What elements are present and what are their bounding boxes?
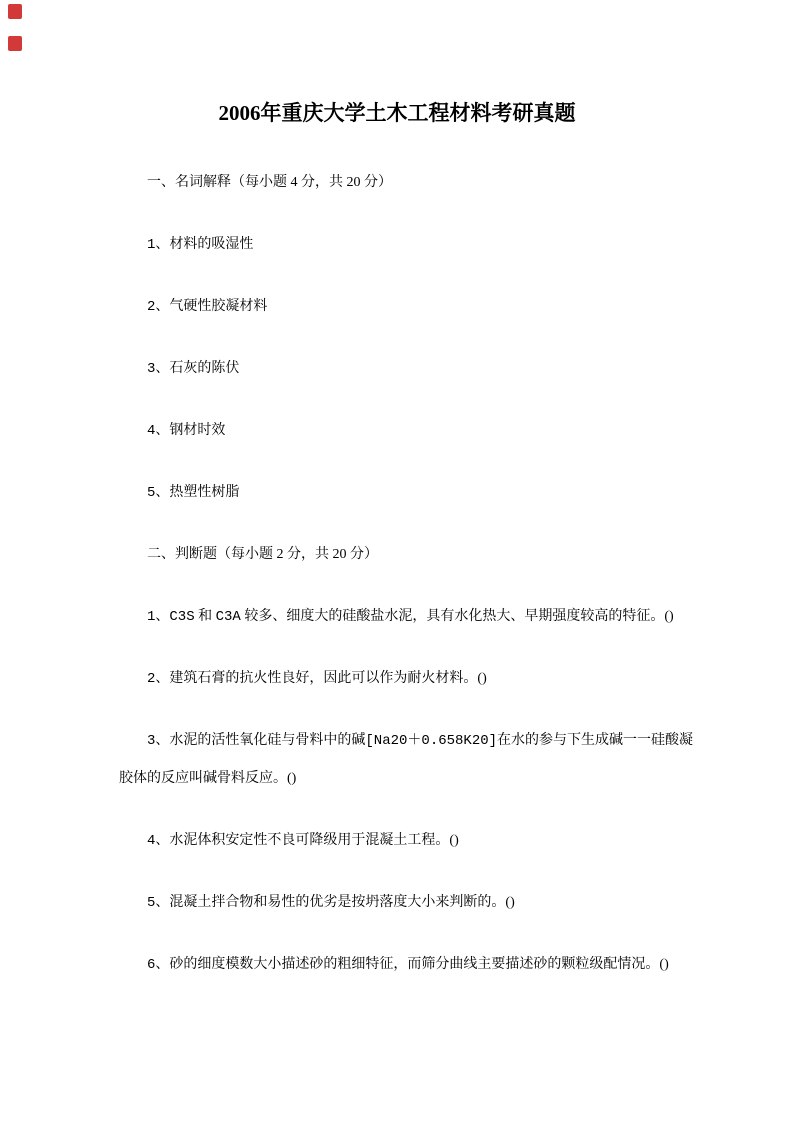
document-content: 2006年重庆大学土木工程材料考研真题 一、名词解释（每小题 4 分，共 20 … bbox=[0, 0, 794, 984]
document-page: 2006年重庆大学土木工程材料考研真题 一、名词解释（每小题 4 分，共 20 … bbox=[0, 0, 794, 1123]
term-item-2: 2、气硬性胶凝材料 bbox=[119, 288, 675, 326]
judge-question-5: 5、混凝土拌合物和易性的优劣是按坍落度大小来判断的。() bbox=[119, 884, 675, 922]
red-placeholder-mark-1 bbox=[8, 4, 22, 19]
judge-question-3-line-2: 胶体的反应叫碱骨料反应。() bbox=[119, 760, 675, 798]
exam-title: 2006年重庆大学土木工程材料考研真题 bbox=[119, 99, 675, 127]
judge-question-3-line-1: 3、水泥的活性氧化硅与骨料中的碱[Na20＋0.658K20]在水的参与下生成碱… bbox=[119, 722, 675, 760]
term-item-3: 3、石灰的陈伏 bbox=[119, 350, 675, 388]
section2-heading: 二、判断题（每小题 2 分，共 20 分） bbox=[119, 536, 675, 574]
judge-question-2: 2、建筑石膏的抗火性良好，因此可以作为耐火材料。() bbox=[119, 660, 675, 698]
term-item-5: 5、热塑性树脂 bbox=[119, 474, 675, 512]
judge-question-4: 4、水泥体积安定性不良可降级用于混凝土工程。() bbox=[119, 822, 675, 860]
judge-question-3: 3、水泥的活性氧化硅与骨料中的碱[Na20＋0.658K20]在水的参与下生成碱… bbox=[119, 722, 675, 798]
term-item-4: 4、钢材时效 bbox=[119, 412, 675, 450]
judge-question-6: 6、砂的细度模数大小描述砂的粗细特征，而筛分曲线主要描述砂的颗粒级配情况。() bbox=[119, 946, 675, 984]
section1-heading: 一、名词解释（每小题 4 分，共 20 分） bbox=[119, 164, 675, 202]
red-placeholder-mark-2 bbox=[8, 36, 22, 51]
term-item-1: 1、材料的吸湿性 bbox=[119, 226, 675, 264]
judge-question-1: 1、C3S 和 C3A 较多、细度大的硅酸盐水泥，具有水化热大、早期强度较高的特… bbox=[119, 598, 675, 636]
